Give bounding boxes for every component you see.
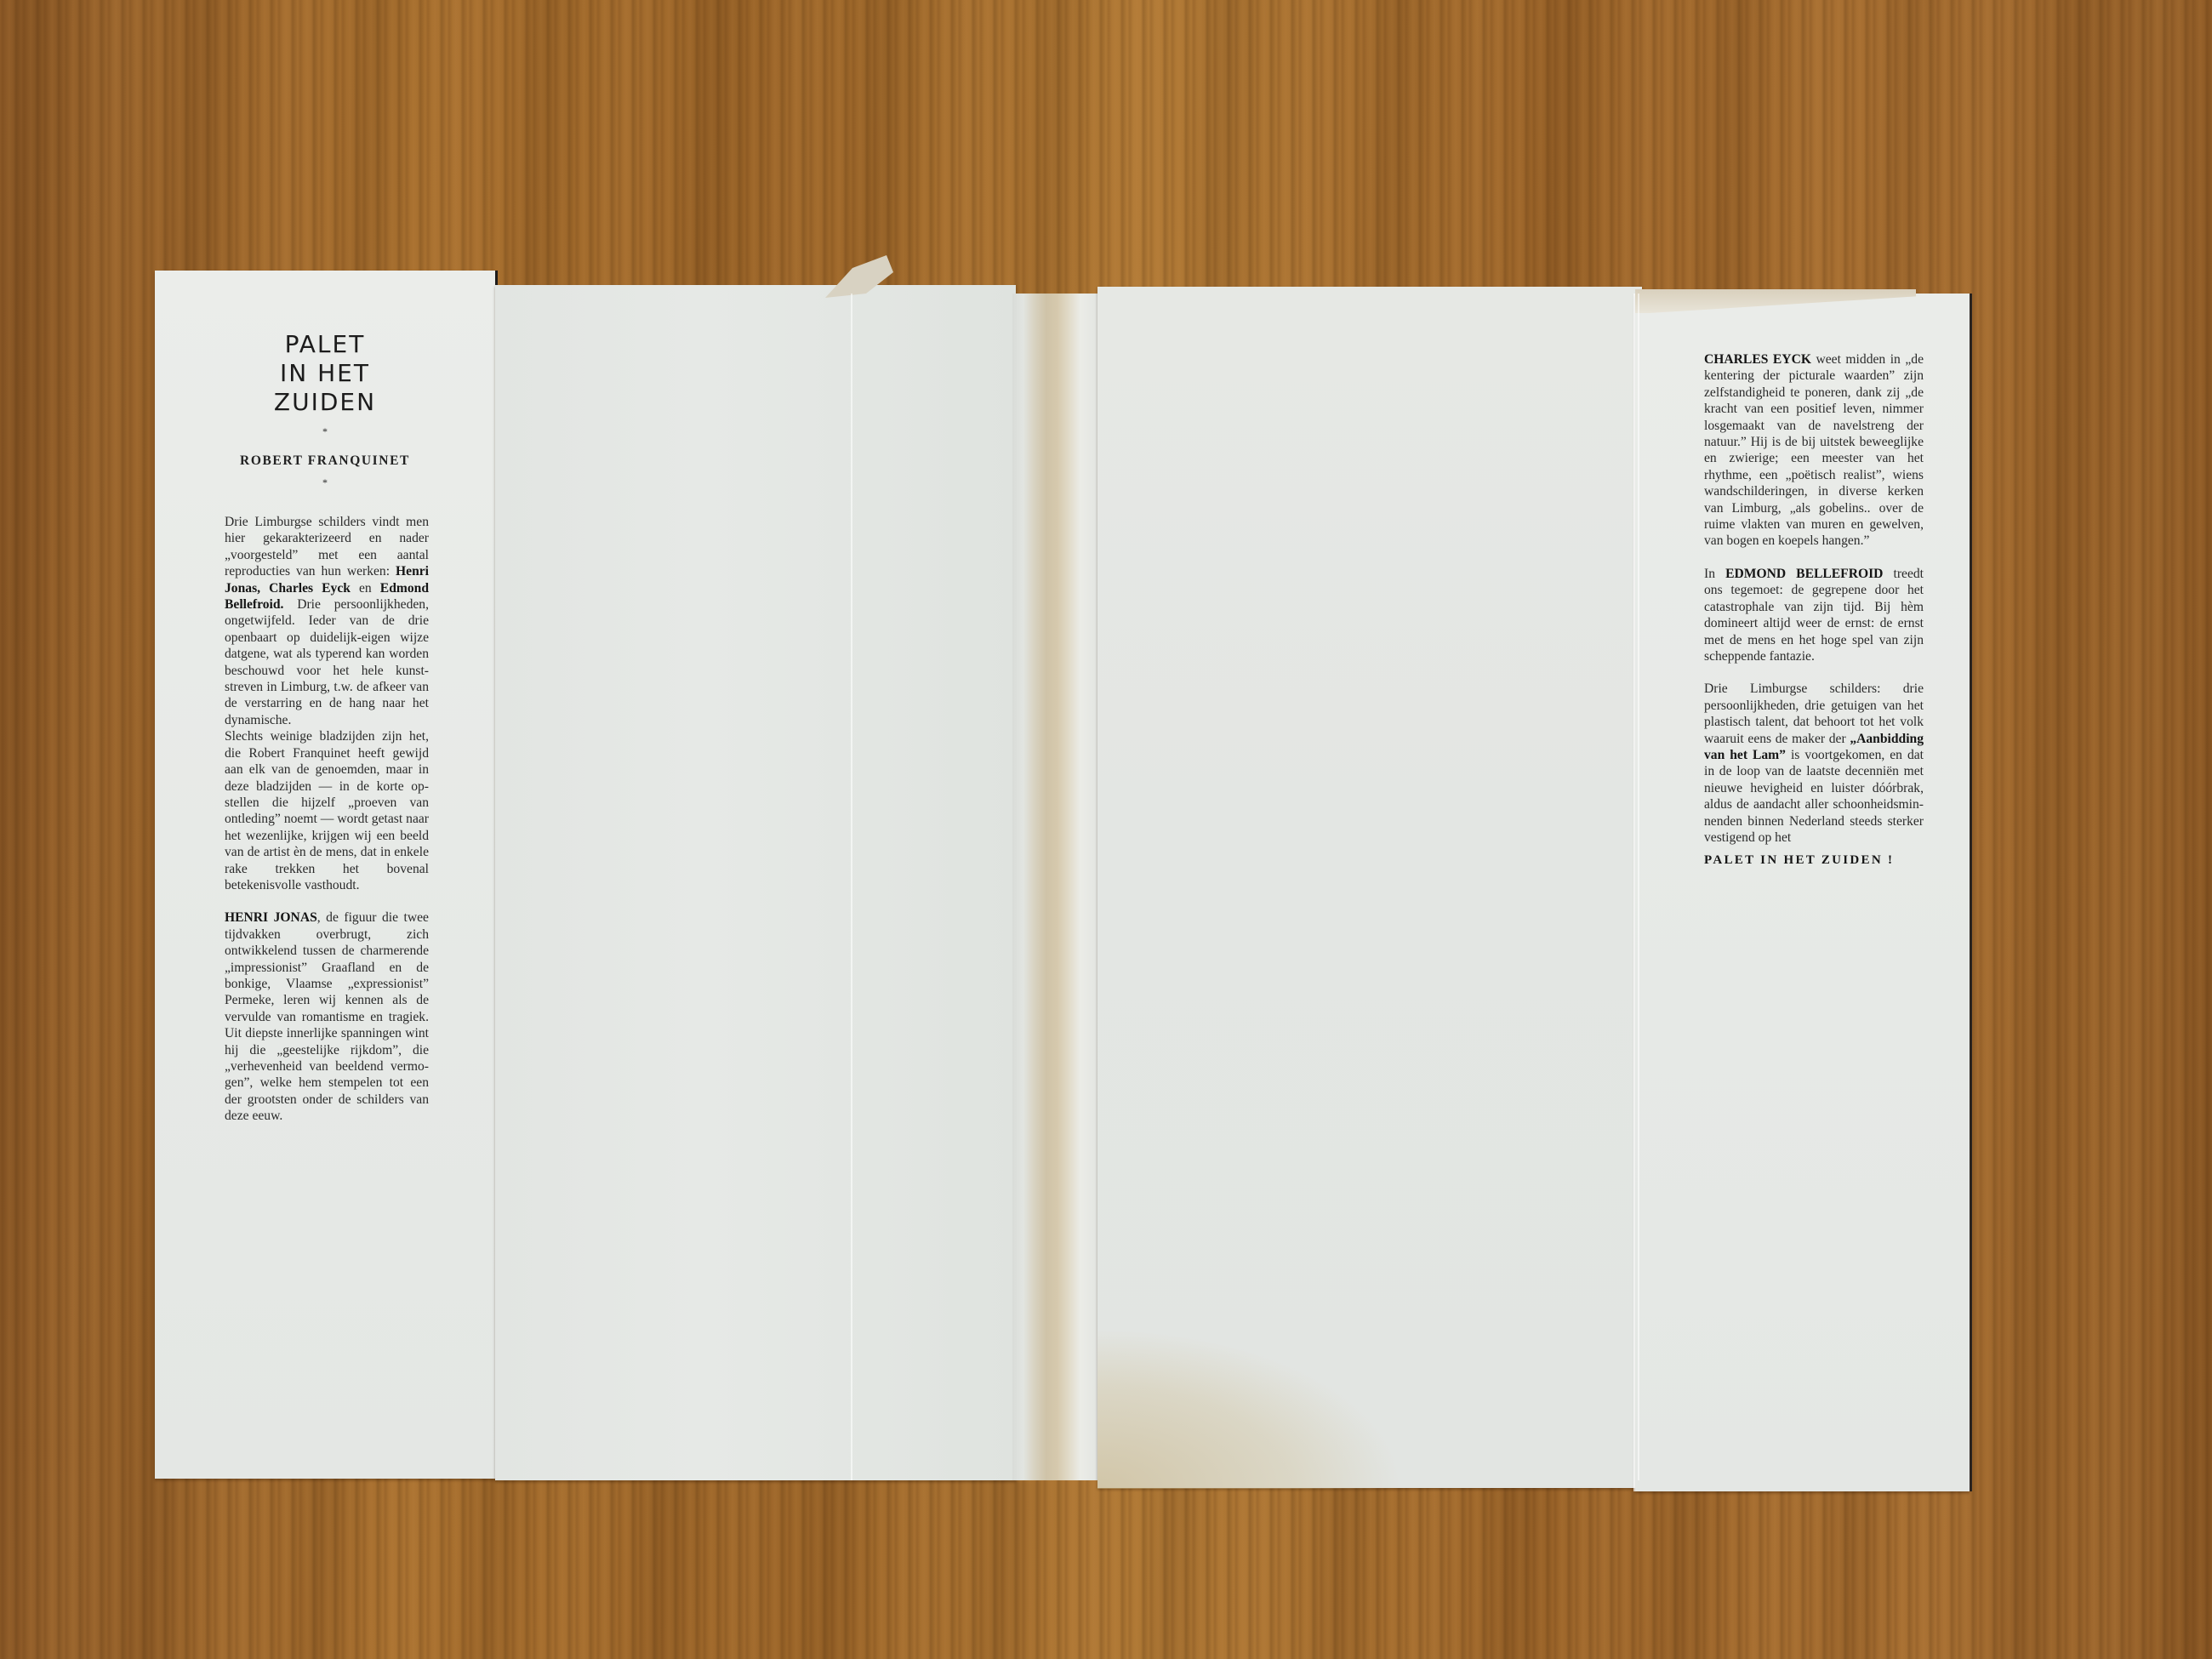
blurb-paragraph: Slechts weinige bladzijden zijn het, die…: [225, 728, 429, 893]
spine-crease: [1012, 294, 1102, 1480]
title-line: PALET: [155, 330, 495, 359]
fold-line: [851, 294, 852, 1480]
ornament-star: *: [155, 425, 495, 438]
dust-jacket: PALET IN HET ZUIDEN * ROBERT FRANQUINET …: [0, 0, 2212, 1659]
blurb-paragraph: Drie Limburgse schilders: drie persoonli…: [1704, 681, 1924, 846]
left-flap-blurb: Drie Limburgse schilders vindt men hier …: [225, 514, 429, 1125]
blurb-paragraph: Drie Limburgse schilders vindt men hier …: [225, 514, 429, 728]
fold-line: [1638, 294, 1639, 1480]
inner-front-panel: [1097, 287, 1642, 1488]
title-line: ZUIDEN: [155, 388, 495, 417]
blurb-paragraph: CHARLES EYCK weet mid­den in „de kenteri…: [1704, 351, 1924, 550]
author-name: ROBERT FRANQUINET: [155, 453, 495, 469]
right-flap-blurb: CHARLES EYCK weet mid­den in „de kenteri…: [1704, 351, 1924, 869]
ornament-star: *: [155, 476, 495, 489]
book-title: PALET IN HET ZUIDEN: [155, 330, 495, 417]
title-line: IN HET: [155, 359, 495, 388]
blurb-paragraph: In EDMOND BELLEFROID treedt ons tegemoet…: [1704, 566, 1924, 664]
blurb-paragraph: HENRI JONAS, de figuur die twee tijdvakk…: [225, 909, 429, 1124]
closing-title: PALET IN HET ZUIDEN !: [1704, 852, 1924, 869]
inner-back-panel: [495, 285, 1016, 1480]
